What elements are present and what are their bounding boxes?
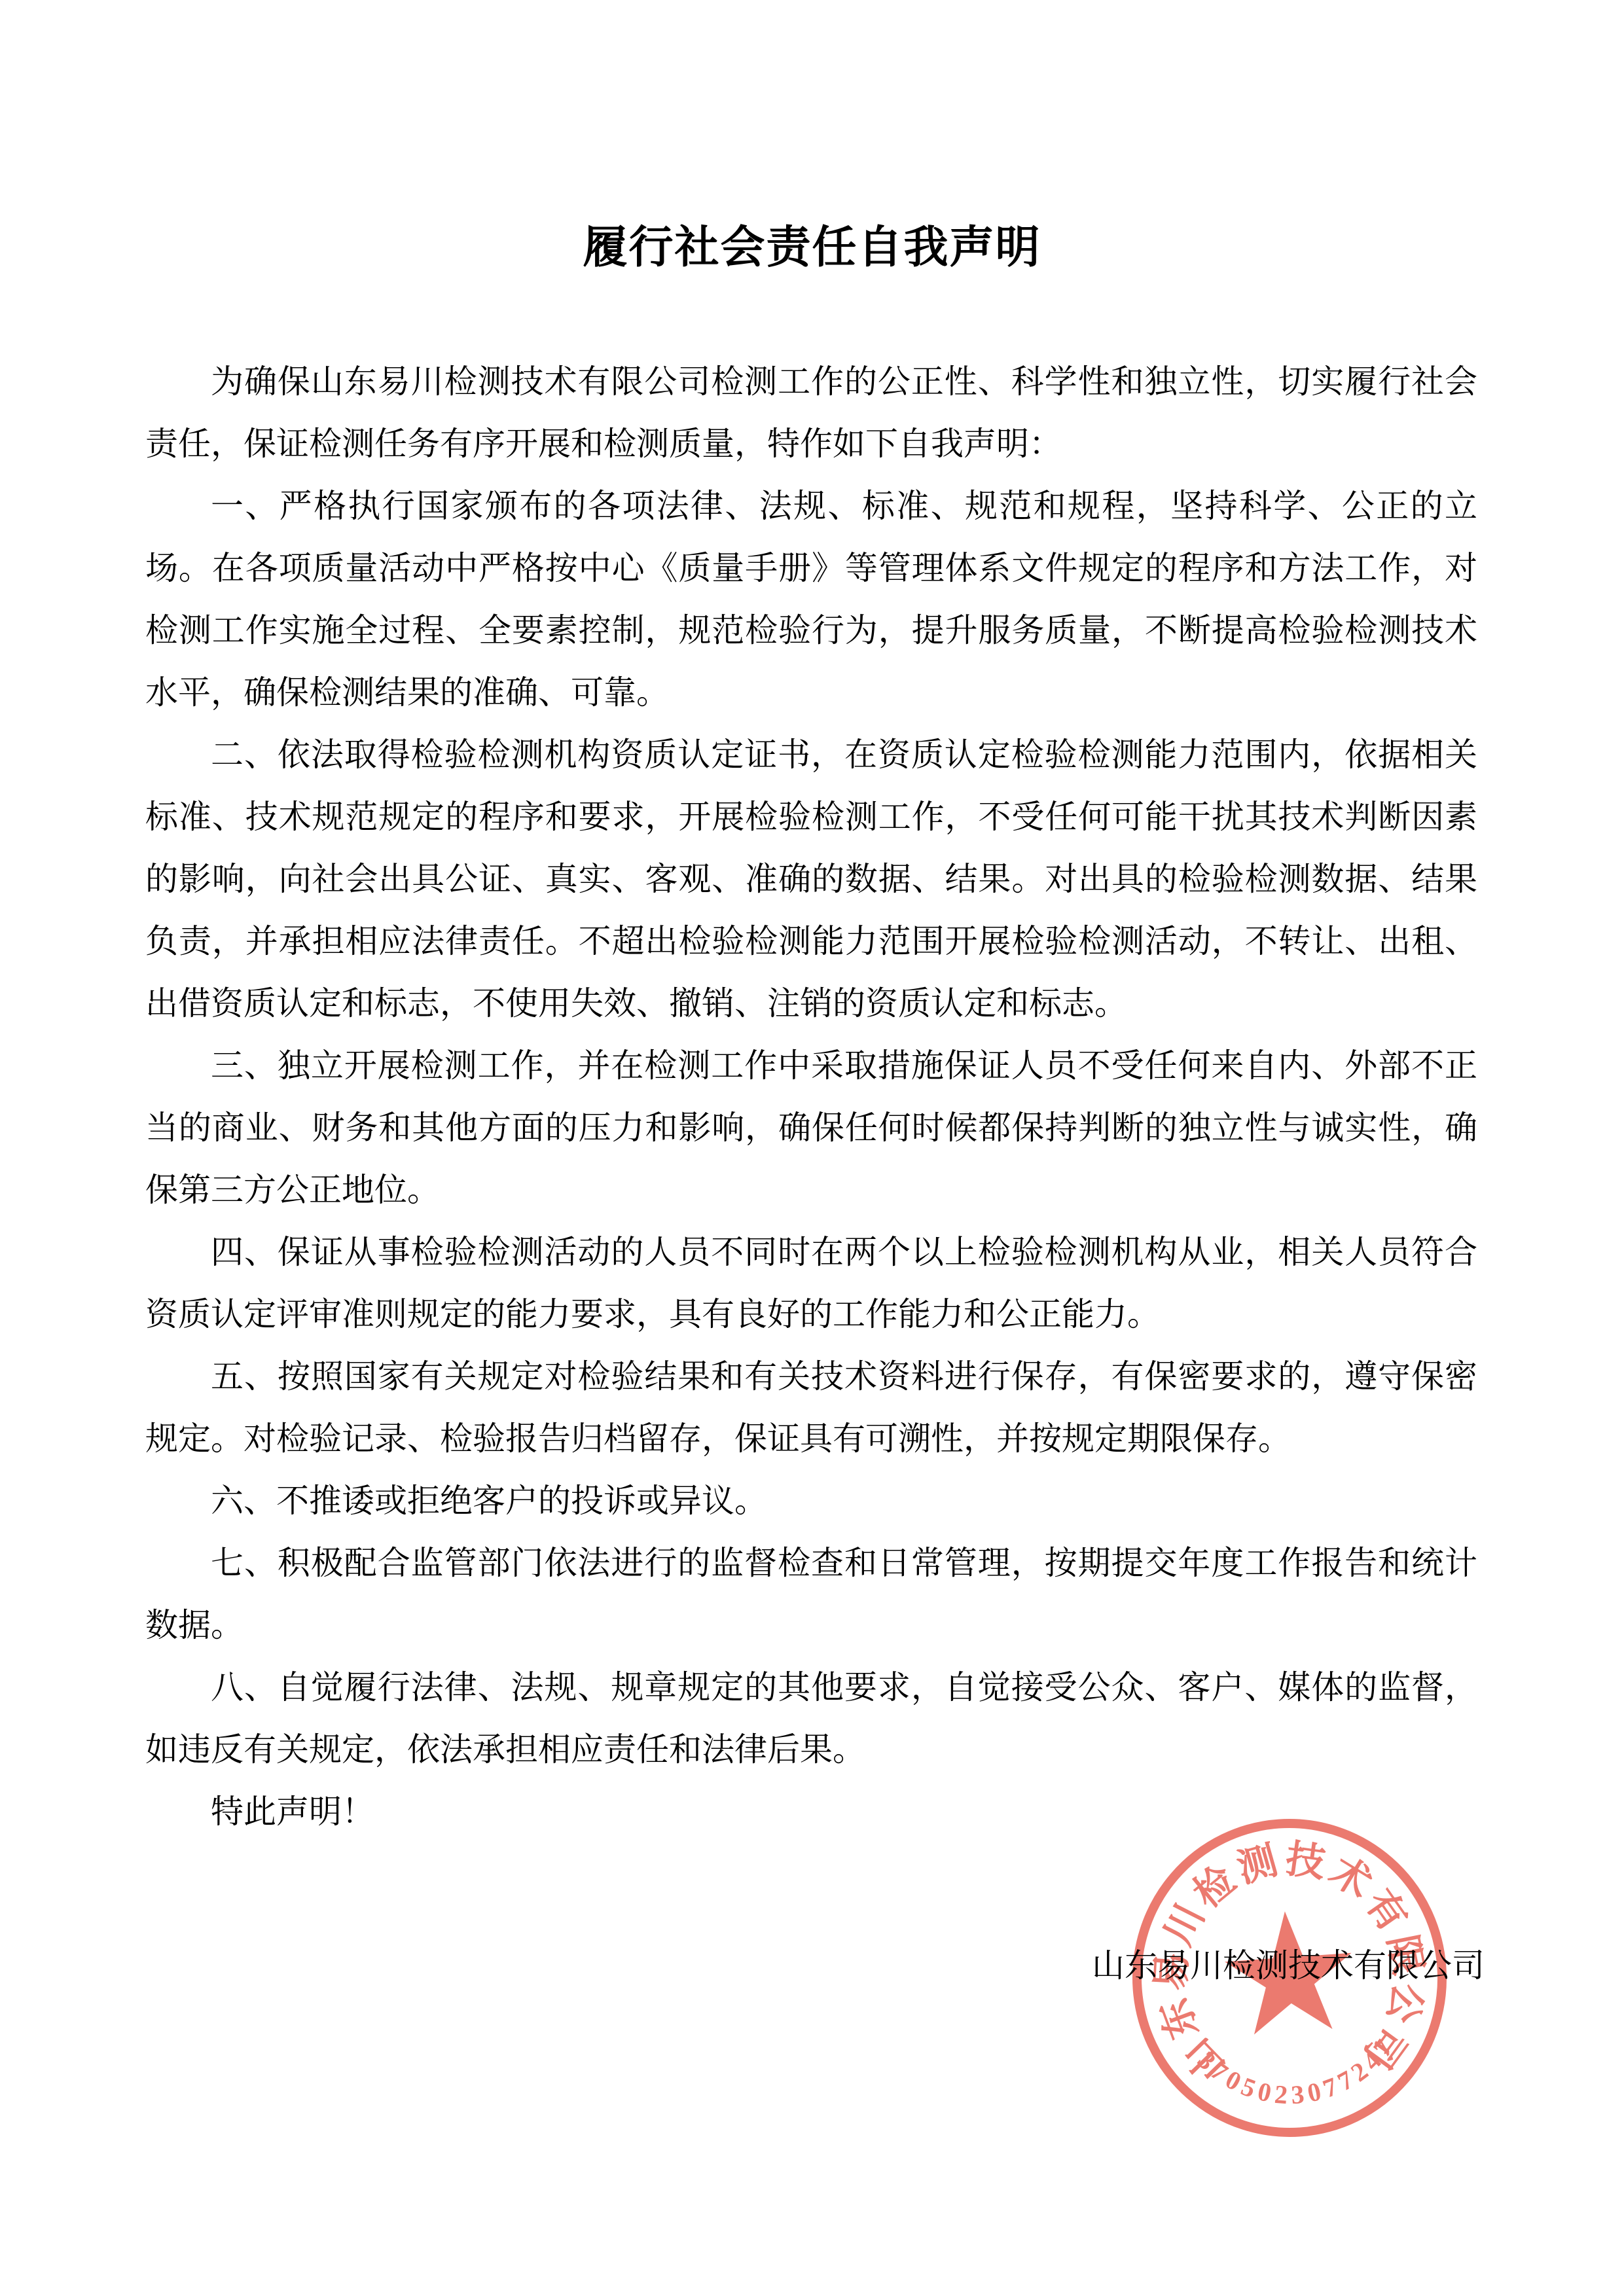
declaration-item-3: 三、独立开展检测工作，并在检测工作中采取措施保证人员不受任何来自内、外部不正当的…	[145, 1035, 1477, 1221]
document-page: 履行社会责任自我声明 为确保山东易川检测技术有限公司检测工作的公正性、科学性和独…	[0, 0, 1624, 2296]
svg-text:3: 3	[1290, 2079, 1305, 2109]
svg-text:东: 东	[1152, 1993, 1206, 2045]
page-title: 履行社会责任自我声明	[0, 217, 1624, 278]
declaration-item-7: 七、积极配合监管部门依法进行的监督检查和日常管理，按期提交年度工作报告和统计数据…	[145, 1532, 1477, 1657]
declaration-item-2: 二、依法取得检验检测机构资质认定证书，在资质认定检验检测能力范围内，依据相关标准…	[145, 724, 1477, 1035]
declaration-item-4: 四、保证从事检验检测活动的人员不同时在两个以上检验检测机构从业，相关人员符合资质…	[145, 1221, 1477, 1346]
svg-text:技: 技	[1283, 1837, 1327, 1886]
svg-text:检: 检	[1185, 1857, 1243, 1916]
intro-paragraph: 为确保山东易川检测技术有限公司检测工作的公正性、科学性和独立性，切实履行社会责任…	[145, 351, 1477, 475]
company-signature: 山东易川检测技术有限公司	[1092, 1943, 1485, 1988]
svg-text:测: 测	[1233, 1839, 1282, 1891]
svg-text:2: 2	[1273, 2079, 1288, 2109]
declaration-item-5: 五、按照国家有关规定对检验结果和有关技术资料进行保存，有保密要求的，遵守保密规定…	[145, 1346, 1477, 1470]
declaration-item-6: 六、不推诿或拒绝客户的投诉或异议。	[145, 1470, 1477, 1532]
document-body: 为确保山东易川检测技术有限公司检测工作的公正性、科学性和独立性，切实履行社会责任…	[145, 351, 1477, 1843]
declaration-item-1: 一、严格执行国家颁布的各项法律、法规、标准、规范和规程，坚持科学、公正的立场。在…	[145, 475, 1477, 724]
declaration-item-8: 八、自觉履行法律、法规、规章规定的其他要求，自觉接受公众、客户、媒体的监督，如违…	[145, 1657, 1477, 1781]
